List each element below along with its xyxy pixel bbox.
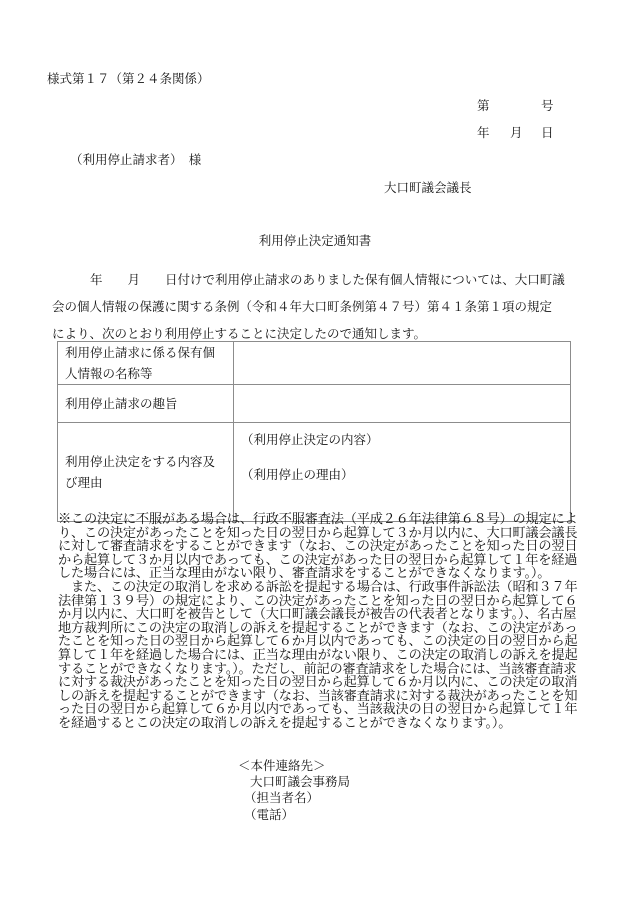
date-year-label: 年 <box>477 123 490 141</box>
row-label-decision-reason: 利用停止決定をする内容及び理由 <box>58 423 234 522</box>
addressee: （利用停止請求者） 様 <box>70 150 201 168</box>
row-value-decision-reason[interactable]: （利用停止決定の内容） （利用停止の理由） <box>234 423 571 522</box>
intro-line-2: 会の個人情報の保護に関する条例（令和４年大口町条例第４７号）第４１条第１項の規定 <box>52 293 587 320</box>
row-label-request-purpose: 利用停止請求の趣旨 <box>58 385 234 423</box>
appeal-notice: ※この決定に不服がある場合は、行政不服審査法（平成２６年法律第６８号）の規定によ… <box>58 513 580 731</box>
decision-reason-label: （利用停止の理由） <box>241 464 563 485</box>
table-row: 利用停止決定をする内容及び理由 （利用停止決定の内容） （利用停止の理由） <box>58 423 571 522</box>
decision-content-label: （利用停止決定の内容） <box>241 429 563 450</box>
contact-block: ＜本件連絡先＞ 大口町議会事務局 （担当者名） （電話） <box>238 758 350 823</box>
notice-paragraph-lawsuit: また、この決定の取消しを求める訴訟を提起する場合は、行政事件訴訟法（昭和３７年法… <box>58 581 580 731</box>
decision-table: 利用停止請求に係る保有個人情報の名称等 利用停止請求の趣旨 利用停止決定をする内… <box>57 341 571 522</box>
notice-paragraph-review: ※この決定に不服がある場合は、行政不服審査法（平成２６年法律第６８号）の規定によ… <box>58 513 580 581</box>
doc-number-prefix: 第 <box>477 96 490 114</box>
intro-paragraph: 年 月 日付けで利用停止請求のありました保有個人情報については、大口町議 会の個… <box>62 266 587 347</box>
contact-office: 大口町議会事務局 <box>238 774 350 790</box>
date-day-label: 日 <box>541 123 554 141</box>
row-value-info-name[interactable] <box>234 342 571 385</box>
row-value-request-purpose[interactable] <box>234 385 571 423</box>
doc-number-suffix: 号 <box>541 96 554 114</box>
table-row: 利用停止請求の趣旨 <box>58 385 571 423</box>
document-title: 利用停止決定通知書 <box>0 231 630 249</box>
contact-heading: ＜本件連絡先＞ <box>238 758 350 774</box>
table-row: 利用停止請求に係る保有個人情報の名称等 <box>58 342 571 385</box>
form-number: 様式第１７（第２４条関係） <box>47 69 210 87</box>
intro-line-1: 年 月 日付けで利用停止請求のありました保有個人情報については、大口町議 <box>60 266 587 293</box>
sender: 大口町議会議長 <box>384 178 472 196</box>
date-month-label: 月 <box>510 123 523 141</box>
contact-person: （担当者名） <box>238 790 350 806</box>
row-label-info-name: 利用停止請求に係る保有個人情報の名称等 <box>58 342 234 385</box>
contact-phone: （電話） <box>238 807 350 823</box>
